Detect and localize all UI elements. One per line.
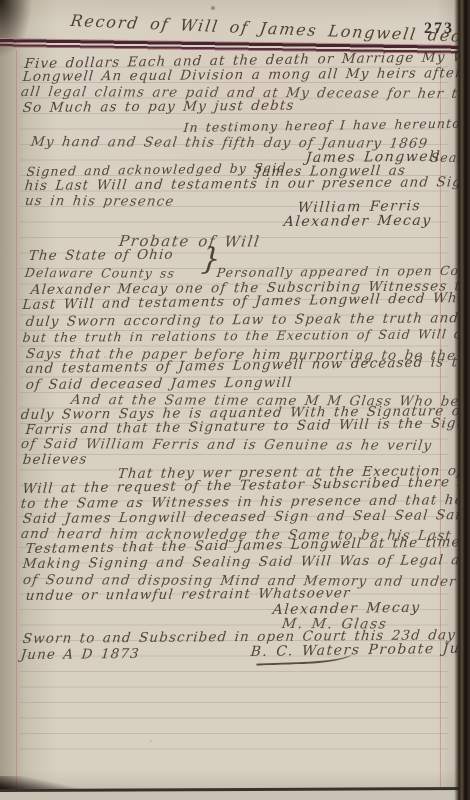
handwritten-line: his Last Will and testaments in our pres…	[24, 175, 470, 194]
paper-specks	[0, 0, 2, 2]
handwritten-line: Longwell An equal Division a mong all My…	[22, 66, 463, 85]
handwritten-line: In testimony hereof I have hereunto set	[183, 116, 470, 135]
handwritten-line: believes	[22, 452, 88, 467]
ledger-page: Record of Will of James Longwell decd 27…	[0, 0, 470, 800]
handwritten-line: Making Signing and Sealing Said Will Was…	[22, 553, 470, 572]
handwritten-line: June A D 1873	[20, 647, 140, 663]
handwritten-line: us in his presence	[24, 194, 175, 209]
handwritten-line: The State of Ohio	[28, 248, 174, 264]
margin-line-left	[16, 50, 17, 788]
handwritten-line: Said James Longwill deceased Sign and Se…	[22, 508, 470, 527]
book-right-edge	[454, 0, 470, 800]
handwritten-line: Personally appeared in open Court	[216, 264, 470, 280]
page-number: 273	[424, 21, 454, 37]
handwritten-line: Alexander Mecay	[283, 214, 432, 231]
handwritten-line: but the truth in relations to the Execut…	[22, 327, 470, 345]
handwritten-line: Delaware County ss	[24, 266, 176, 280]
signature-flourish	[256, 646, 352, 665]
page-bottom-edge	[0, 787, 470, 800]
handwritten-line: of Said deceased James Longwill	[25, 376, 293, 393]
handwritten-line: So Much as to pay My just debts	[22, 99, 295, 116]
